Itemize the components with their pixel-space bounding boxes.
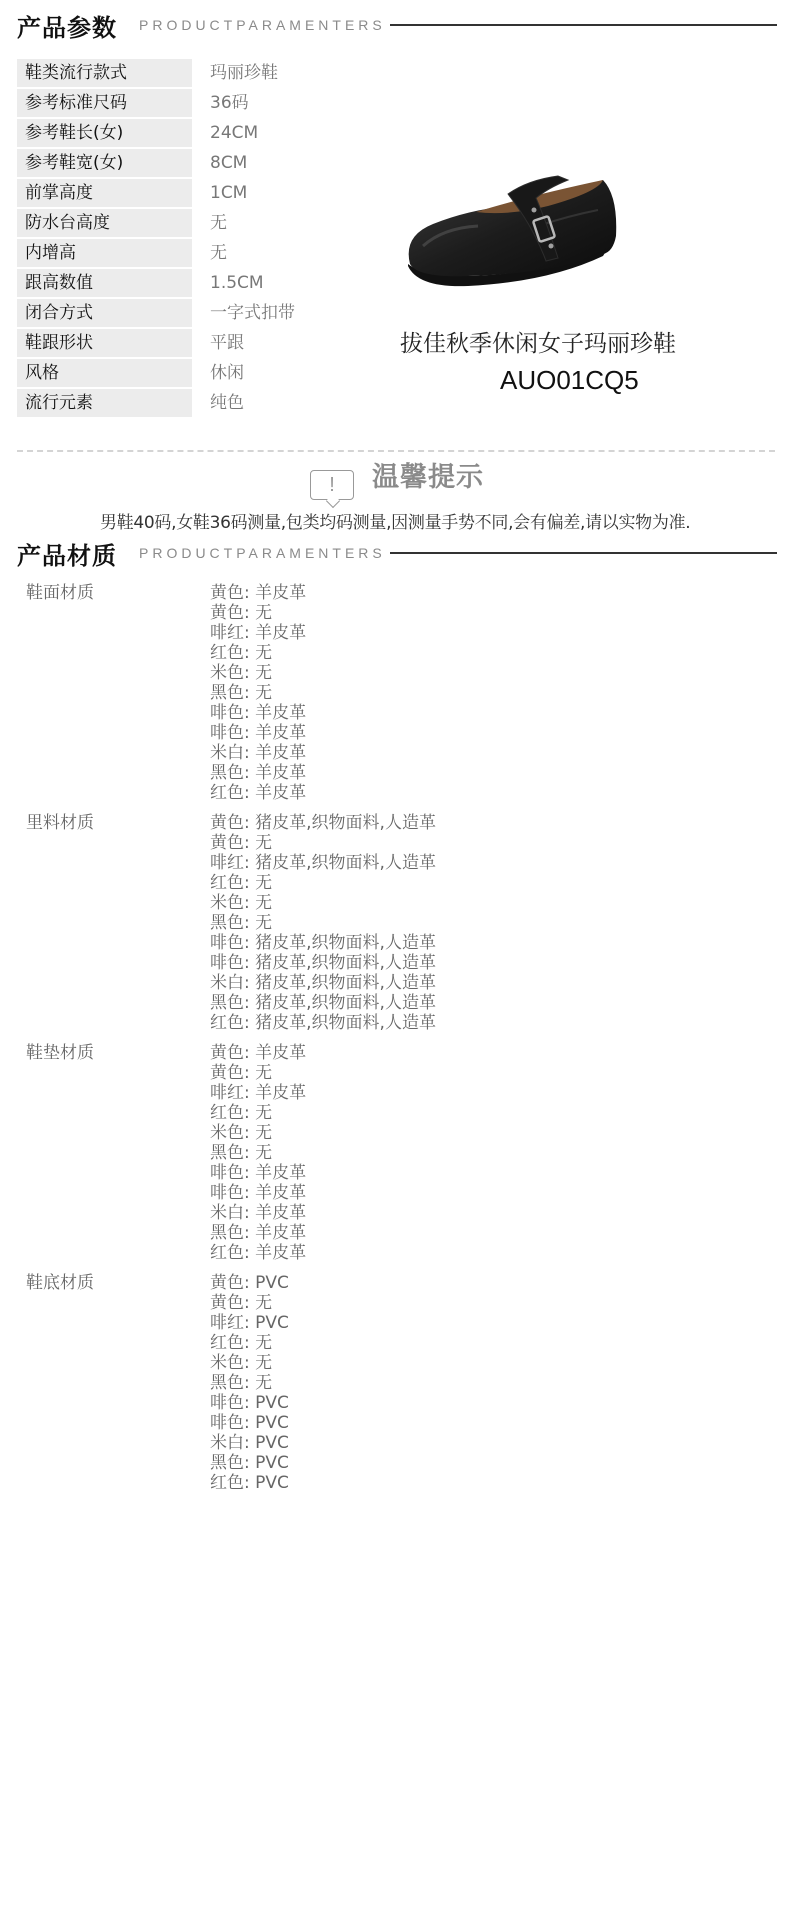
param-label: 鞋类流行款式 xyxy=(17,59,192,87)
material-values: 黄色: 羊皮革 黄色: 无 啡红: 羊皮革 红色: 无 米色: 无 黑色: 无 … xyxy=(210,583,306,803)
material-line: 黄色: 猪皮革,织物面料,人造革 xyxy=(210,813,436,833)
param-row: 闭合方式一字式扣带 xyxy=(17,299,377,329)
material-line: 红色: PVC xyxy=(210,1473,289,1493)
exclamation-glyph: ! xyxy=(311,471,353,499)
material-line: 黑色: PVC xyxy=(210,1453,289,1473)
material-line: 啡红: 羊皮革 xyxy=(210,1083,306,1103)
material-line: 啡红: PVC xyxy=(210,1313,289,1333)
param-label: 前掌高度 xyxy=(17,179,192,207)
material-line: 黄色: 无 xyxy=(210,833,436,853)
param-label: 参考鞋长(女) xyxy=(17,119,192,147)
material-line: 黑色: 无 xyxy=(210,913,436,933)
param-row: 鞋类流行款式玛丽珍鞋 xyxy=(17,59,377,89)
param-row: 鞋跟形状平跟 xyxy=(17,329,377,359)
params-section-header: 产品参数 PRODUCTPARAMENTERS xyxy=(17,8,777,42)
param-value: 平跟 xyxy=(192,329,244,357)
material-label: 鞋面材质 xyxy=(26,583,210,803)
material-line: 黄色: 羊皮革 xyxy=(210,583,306,603)
materials-section-title: 产品材质 xyxy=(17,536,117,571)
material-values: 黄色: 猪皮革,织物面料,人造革 黄色: 无 啡红: 猪皮革,织物面料,人造革 … xyxy=(210,813,436,1033)
header-rule xyxy=(390,552,777,554)
param-row: 参考鞋宽(女)8CM xyxy=(17,149,377,179)
material-line: 啡色: PVC xyxy=(210,1393,289,1413)
material-line: 米色: 无 xyxy=(210,893,436,913)
material-group-lining: 里料材质 黄色: 猪皮革,织物面料,人造革 黄色: 无 啡红: 猪皮革,织物面料… xyxy=(26,813,766,1033)
param-value: 36码 xyxy=(192,89,249,117)
dashed-divider xyxy=(17,450,775,452)
product-image xyxy=(398,166,630,296)
material-line: 米白: PVC xyxy=(210,1433,289,1453)
params-section-subtitle: PRODUCTPARAMENTERS xyxy=(139,17,386,33)
param-label: 参考标准尺码 xyxy=(17,89,192,117)
material-label: 鞋底材质 xyxy=(26,1273,210,1493)
param-value: 8CM xyxy=(192,149,247,177)
param-row: 内增高无 xyxy=(17,239,377,269)
param-row: 参考鞋长(女)24CM xyxy=(17,119,377,149)
header-rule xyxy=(390,24,777,26)
material-line: 米白: 羊皮革 xyxy=(210,743,306,763)
materials-section-subtitle: PRODUCTPARAMENTERS xyxy=(139,545,386,561)
material-group-insole: 鞋垫材质 黄色: 羊皮革 黄色: 无 啡红: 羊皮革 红色: 无 米色: 无 黑… xyxy=(26,1043,766,1263)
tip-title: 温馨提示 xyxy=(372,455,484,494)
param-value: 玛丽珍鞋 xyxy=(192,59,278,87)
param-value: 无 xyxy=(192,209,227,237)
param-label: 风格 xyxy=(17,359,192,387)
product-code: AUO01CQ5 xyxy=(500,365,639,396)
material-line: 米色: 无 xyxy=(210,1123,306,1143)
material-group-outsole: 鞋底材质 黄色: PVC 黄色: 无 啡红: PVC 红色: 无 米色: 无 黑… xyxy=(26,1273,766,1493)
material-values: 黄色: PVC 黄色: 无 啡红: PVC 红色: 无 米色: 无 黑色: 无 … xyxy=(210,1273,289,1493)
material-line: 啡红: 猪皮革,织物面料,人造革 xyxy=(210,853,436,873)
material-line: 黄色: 无 xyxy=(210,1293,289,1313)
material-line: 啡色: 羊皮革 xyxy=(210,703,306,723)
material-line: 黄色: 无 xyxy=(210,603,306,623)
material-line: 黑色: 羊皮革 xyxy=(210,1223,306,1243)
material-line: 红色: 羊皮革 xyxy=(210,783,306,803)
material-group-upper: 鞋面材质 黄色: 羊皮革 黄色: 无 啡红: 羊皮革 红色: 无 米色: 无 黑… xyxy=(26,583,766,803)
material-line: 黑色: 无 xyxy=(210,1143,306,1163)
material-line: 黄色: 无 xyxy=(210,1063,306,1083)
material-line: 黑色: 羊皮革 xyxy=(210,763,306,783)
material-line: 米白: 羊皮革 xyxy=(210,1203,306,1223)
material-line: 黑色: 无 xyxy=(210,683,306,703)
material-line: 黄色: 羊皮革 xyxy=(210,1043,306,1063)
material-line: 红色: 无 xyxy=(210,1103,306,1123)
material-line: 啡色: 羊皮革 xyxy=(210,1163,306,1183)
material-line: 红色: 无 xyxy=(210,873,436,893)
param-value: 休闲 xyxy=(192,359,244,387)
param-row: 流行元素纯色 xyxy=(17,389,377,419)
material-values: 黄色: 羊皮革 黄色: 无 啡红: 羊皮革 红色: 无 米色: 无 黑色: 无 … xyxy=(210,1043,306,1263)
product-name: 拔佳秋季休闲女子玛丽珍鞋 xyxy=(400,325,676,358)
material-line: 米色: 无 xyxy=(210,1353,289,1373)
material-label: 鞋垫材质 xyxy=(26,1043,210,1263)
param-label: 鞋跟形状 xyxy=(17,329,192,357)
material-label: 里料材质 xyxy=(26,813,210,1033)
param-label: 跟高数值 xyxy=(17,269,192,297)
material-line: 红色: 猪皮革,织物面料,人造革 xyxy=(210,1013,436,1033)
param-value: 1CM xyxy=(192,179,247,207)
param-value: 无 xyxy=(192,239,227,267)
param-value: 24CM xyxy=(192,119,258,147)
exclamation-bubble-icon: ! xyxy=(310,470,354,500)
param-label: 防水台高度 xyxy=(17,209,192,237)
material-line: 黑色: 猪皮革,织物面料,人造革 xyxy=(210,993,436,1013)
material-line: 啡红: 羊皮革 xyxy=(210,623,306,643)
material-line: 啡色: 羊皮革 xyxy=(210,1183,306,1203)
material-line: 黑色: 无 xyxy=(210,1373,289,1393)
material-line: 红色: 无 xyxy=(210,643,306,663)
param-label: 参考鞋宽(女) xyxy=(17,149,192,177)
param-label: 闭合方式 xyxy=(17,299,192,327)
param-label: 流行元素 xyxy=(17,389,192,417)
param-row: 参考标准尺码36码 xyxy=(17,89,377,119)
shoe-icon xyxy=(398,166,630,296)
param-label: 内增高 xyxy=(17,239,192,267)
param-row: 前掌高度1CM xyxy=(17,179,377,209)
param-row: 防水台高度无 xyxy=(17,209,377,239)
param-value: 纯色 xyxy=(192,389,244,417)
tip-text: 男鞋40码,女鞋36码测量,包类均码测量,因测量手势不同,会有偏差,请以实物为准… xyxy=(100,508,690,533)
param-value: 1.5CM xyxy=(192,269,264,297)
material-line: 啡色: 猪皮革,织物面料,人造革 xyxy=(210,933,436,953)
materials-list: 鞋面材质 黄色: 羊皮革 黄色: 无 啡红: 羊皮革 红色: 无 米色: 无 黑… xyxy=(26,583,766,1503)
material-line: 啡色: PVC xyxy=(210,1413,289,1433)
material-line: 黄色: PVC xyxy=(210,1273,289,1293)
material-line: 米色: 无 xyxy=(210,663,306,683)
material-line: 红色: 羊皮革 xyxy=(210,1243,306,1263)
material-line: 米白: 猪皮革,织物面料,人造革 xyxy=(210,973,436,993)
material-line: 啡色: 猪皮革,织物面料,人造革 xyxy=(210,953,436,973)
param-row: 风格休闲 xyxy=(17,359,377,389)
param-row: 跟高数值1.5CM xyxy=(17,269,377,299)
material-line: 红色: 无 xyxy=(210,1333,289,1353)
params-section-title: 产品参数 xyxy=(17,8,117,43)
material-line: 啡色: 羊皮革 xyxy=(210,723,306,743)
param-value: 一字式扣带 xyxy=(192,299,295,327)
params-table: 鞋类流行款式玛丽珍鞋 参考标准尺码36码 参考鞋长(女)24CM 参考鞋宽(女)… xyxy=(17,59,377,419)
materials-section-header: 产品材质 PRODUCTPARAMENTERS xyxy=(17,536,777,570)
